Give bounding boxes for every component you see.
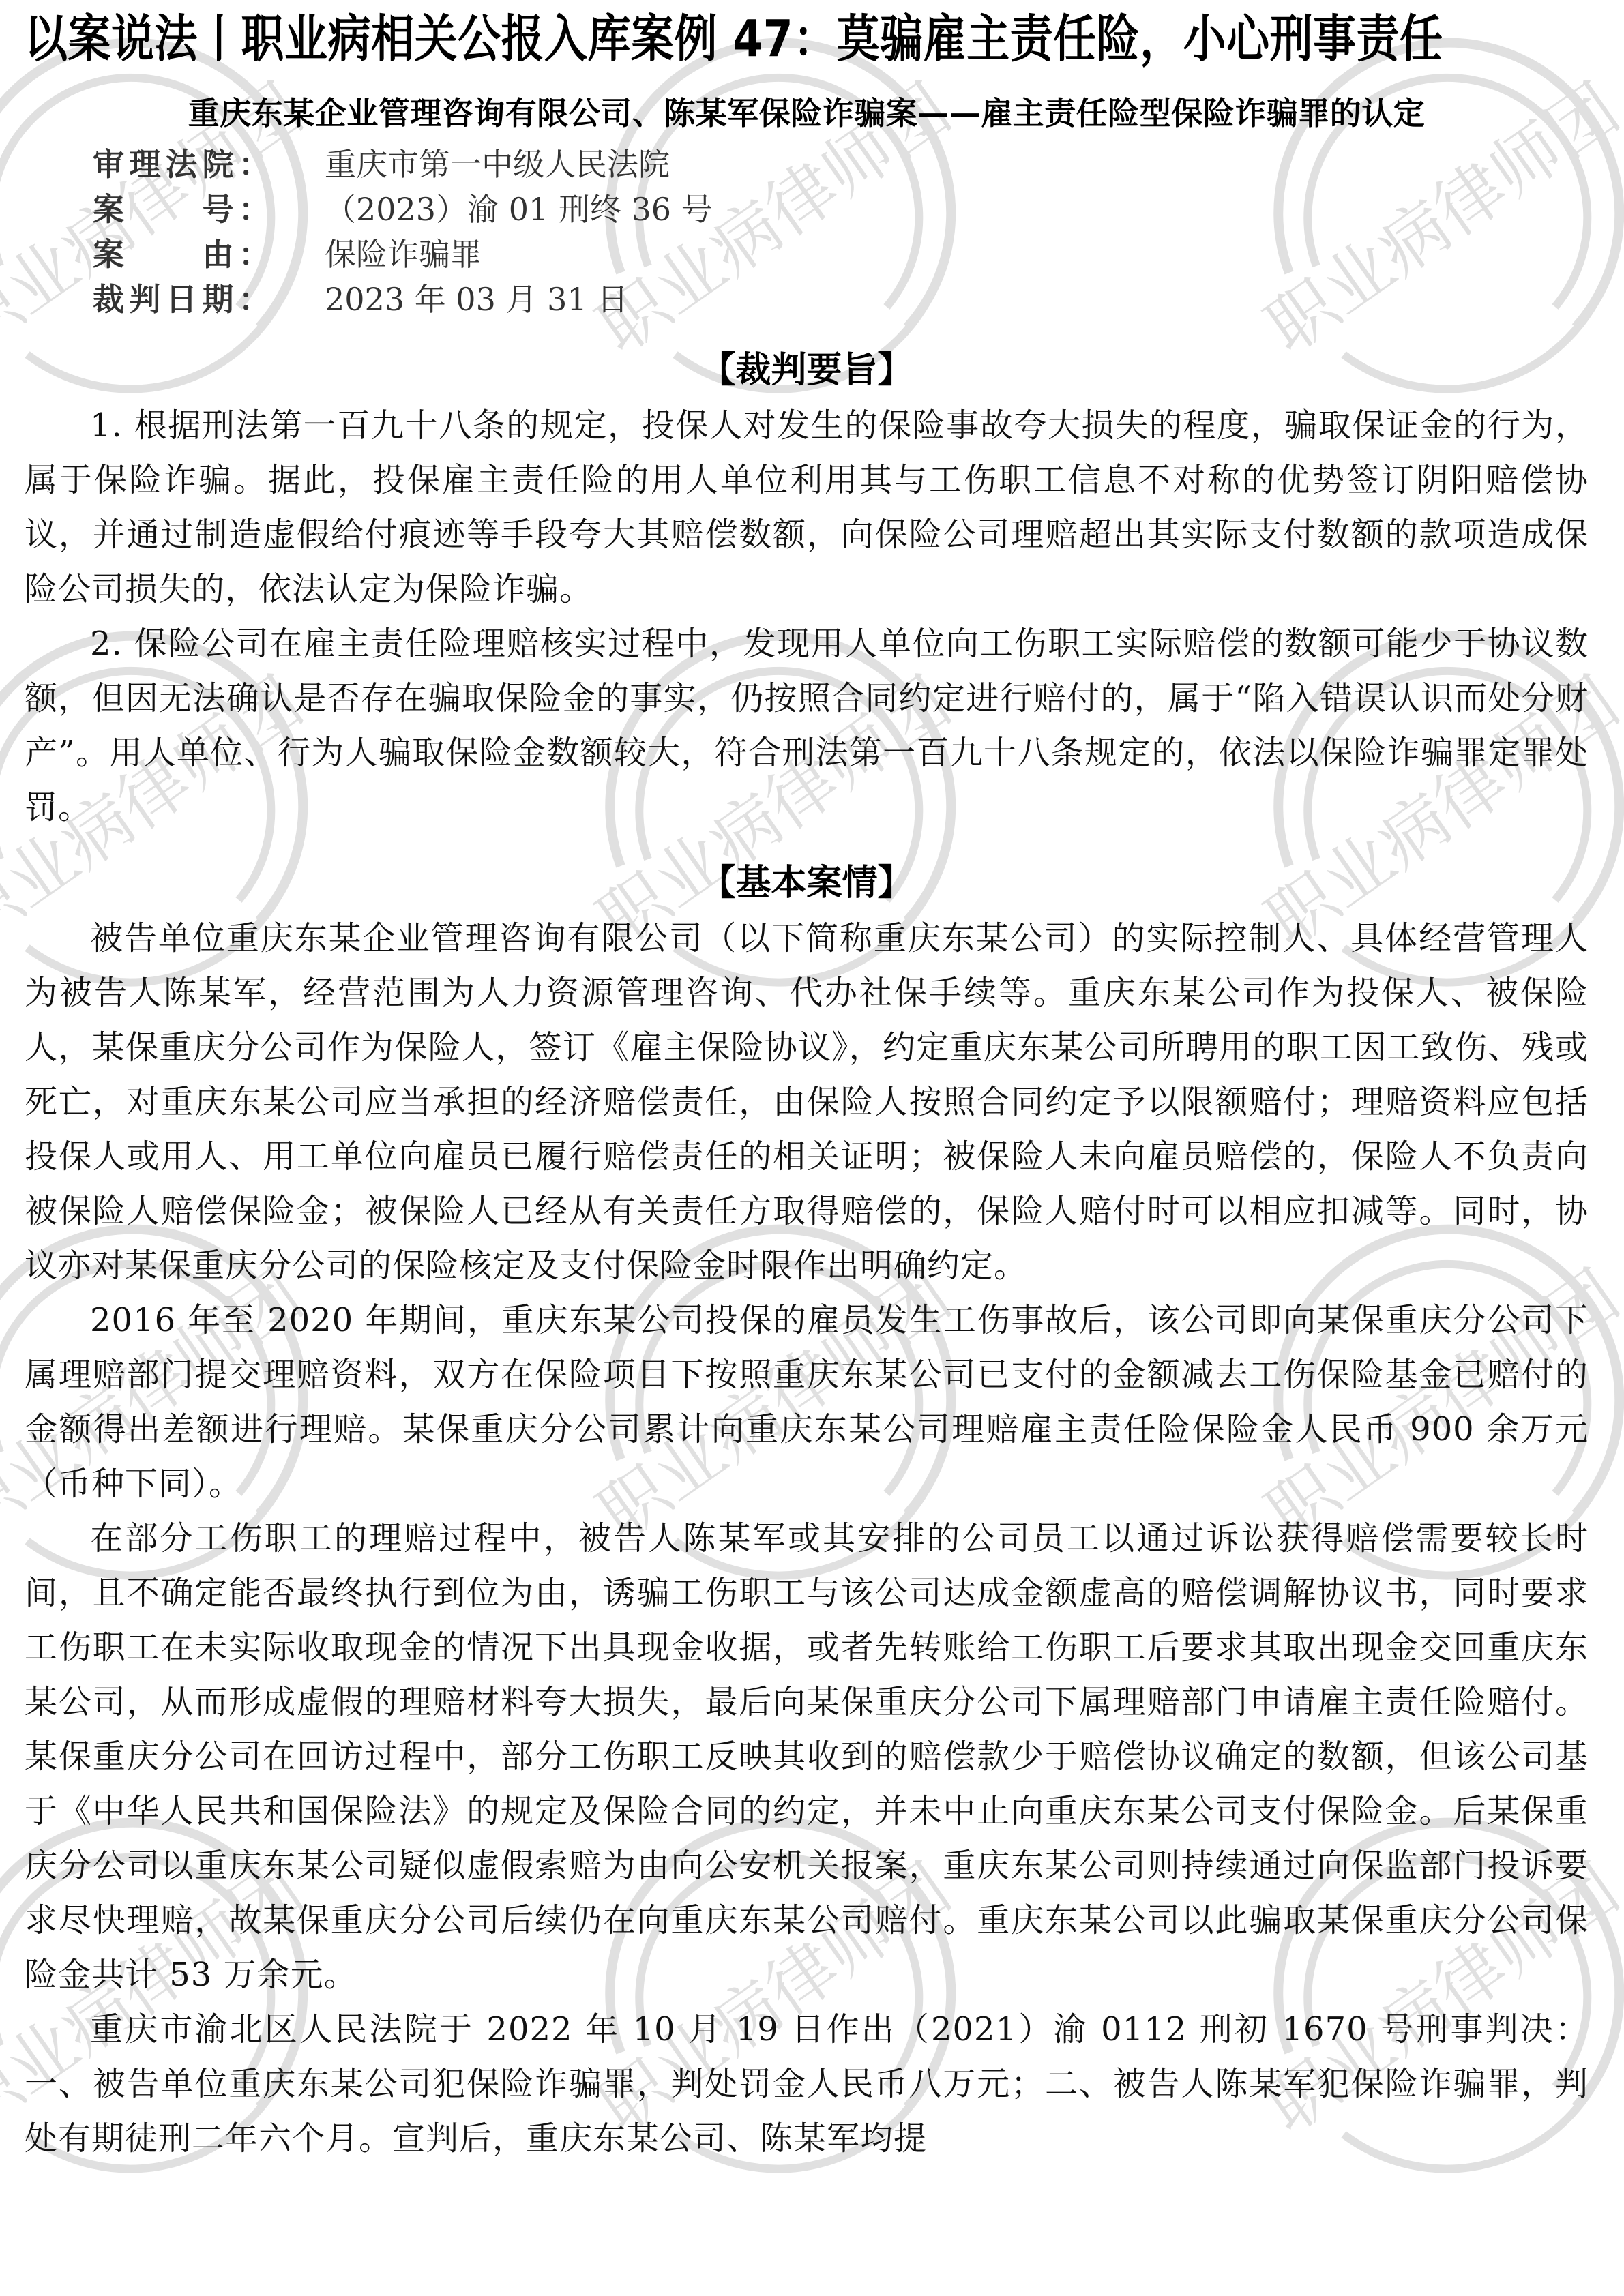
meta-label: 案 由： <box>93 232 270 277</box>
meta-value: 保险诈骗罪 <box>325 232 482 277</box>
case-metadata: 审理法院： 重庆市第一中级人民法院 案 号： （2023）渝 01 刑终 36 … <box>93 142 1589 322</box>
paragraph: 2. 保险公司在雇主责任险理赔核实过程中，发现用人单位向工伤职工实际赔偿的数额可… <box>25 616 1589 835</box>
meta-value: 2023 年 03 月 31 日 <box>325 277 628 322</box>
paragraph: 2016 年至 2020 年期间，重庆东某公司投保的雇员发生工伤事故后，该公司即… <box>25 1293 1589 1511</box>
paragraph: 在部分工伤职工的理赔过程中，被告人陈某军或其安排的公司员工以通过诉讼获得赔偿需要… <box>25 1511 1589 2002</box>
meta-row-judgment-date: 裁判日期： 2023 年 03 月 31 日 <box>93 277 1589 322</box>
document-page: 以案说法丨职业病相关公报入库案例 47：莫骗雇主责任险，小心刑事责任 重庆东某企… <box>0 0 1624 2166</box>
section-heading: 【裁判要旨】 <box>25 346 1589 394</box>
meta-label: 案 号： <box>93 187 270 232</box>
meta-label: 审理法院： <box>93 142 270 187</box>
meta-row-court: 审理法院： 重庆市第一中级人民法院 <box>93 142 1589 187</box>
meta-label: 裁判日期： <box>93 277 270 322</box>
document-title: 以案说法丨职业病相关公报入库案例 47：莫骗雇主责任险，小心刑事责任 <box>25 0 1589 74</box>
case-subtitle: 重庆东某企业管理咨询有限公司、陈某军保险诈骗案——雇主责任险型保险诈骗罪的认定 <box>25 93 1589 134</box>
section-heading: 【基本案情】 <box>25 859 1589 907</box>
paragraph: 重庆市渝北区人民法院于 2022 年 10 月 19 日作出（2021）渝 01… <box>25 2002 1589 2166</box>
paragraph: 被告单位重庆东某企业管理咨询有限公司（以下简称重庆东某公司）的实际控制人、具体经… <box>25 911 1589 1293</box>
meta-row-cause: 案 由： 保险诈骗罪 <box>93 232 1589 277</box>
meta-value: （2023）渝 01 刑终 36 号 <box>325 187 713 232</box>
section-judgment-gist: 【裁判要旨】 1. 根据刑法第一百九十八条的规定，投保人对发生的保险事故夸大损失… <box>25 346 1589 835</box>
paragraph: 1. 根据刑法第一百九十八条的规定，投保人对发生的保险事故夸大损失的程度，骗取保… <box>25 398 1589 616</box>
section-basic-facts: 【基本案情】 被告单位重庆东某企业管理咨询有限公司（以下简称重庆东某公司）的实际… <box>25 859 1589 2166</box>
meta-value: 重庆市第一中级人民法院 <box>325 142 670 187</box>
meta-row-case-number: 案 号： （2023）渝 01 刑终 36 号 <box>93 187 1589 232</box>
